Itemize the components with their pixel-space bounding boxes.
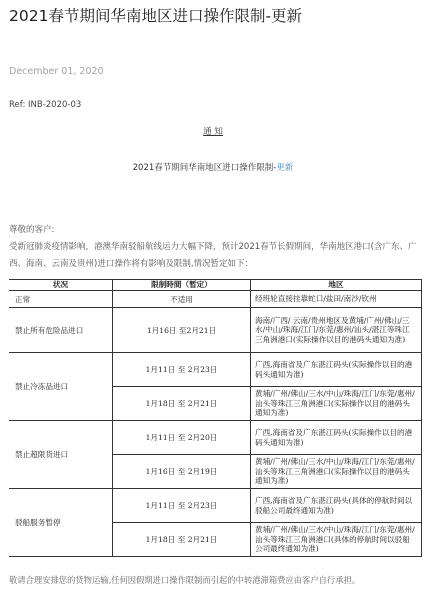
- publish-date: December 01, 2020: [9, 66, 104, 77]
- intro-paragraph: 受新冠肺炎疫情影响，港澳华南驳船航线运力大幅下降，预计2021春节长假期间，华南…: [9, 239, 419, 273]
- greeting: 尊敬的客户:: [9, 223, 54, 235]
- subtitle-main: 2021春节期间华南地区进口操作限制-: [133, 163, 277, 173]
- area-cell: 经班轮直接挂靠蛇口/盐田/南沙/钦州: [251, 291, 422, 308]
- period-cell: 1月16日 至2月21日: [113, 308, 251, 353]
- page-title: 2021春节期间华南地区进口操作限制-更新: [9, 4, 302, 26]
- area-cell: 广西,海南省及广东湛江码头(实际操作以目的港码头通知为准): [251, 421, 422, 455]
- area-cell: 黄埔/广州/佛山/三水/中山/珠海/江门/东莞/惠州/汕头等珠江三角洲港口(实际…: [251, 387, 422, 421]
- table-row: 驳船服务暂停 1月11日 至 2月23日 广西,海南省及广东湛江码头(具体的停航…: [9, 489, 422, 523]
- status-cell: 驳船服务暂停: [9, 489, 113, 557]
- period-cell: 1月18日 至 2月21日: [113, 387, 251, 421]
- table-row: 正常 不适用 经班轮直接挂靠蛇口/盐田/南沙/钦州: [9, 291, 422, 308]
- period-cell: 1月11日 至 2月20日: [113, 421, 251, 455]
- area-cell: 海南/广西/ 云南/贵州地区及黄埔/广州/佛山/三水/中山/珠海/江门/东莞/惠…: [251, 308, 422, 353]
- header-area: 地区: [251, 280, 422, 291]
- header-status: 状况: [9, 280, 113, 291]
- header-period: 限制時間（暂定）: [113, 280, 251, 291]
- area-cell: 黄埔/广州/佛山/三水/中山/珠海/江门/东莞/惠州/汕头等珠江三角洲港口(实际…: [251, 455, 422, 489]
- period-cell: 1月16日 至 2月19日: [113, 455, 251, 489]
- status-cell: 正常: [9, 291, 113, 308]
- table-row: 禁止冷冻品进口 1月11日 至 2月23日 广西,海南省及广东湛江码头(实际操作…: [9, 353, 422, 387]
- restrictions-table: 状况 限制時間（暂定） 地区 正常 不适用 经班轮直接挂靠蛇口/盐田/南沙/钦州…: [9, 279, 422, 557]
- period-cell: 1月11日 至 2月23日: [113, 353, 251, 387]
- notice-subtitle: 2021春节期间华南地区进口操作限制-更新: [0, 161, 426, 173]
- status-cell: 禁止冷冻品进口: [9, 353, 113, 421]
- period-cell: 1月18日 至 2月21日: [113, 523, 251, 557]
- area-cell: 广西,海南省及广东湛江码头(具体的停航时间以驳船公司最终通知为准): [251, 489, 422, 523]
- area-cell: 广西,海南省及广东湛江码头(实际操作以目的港码头通知为准): [251, 353, 422, 387]
- notice-heading: 通 知: [0, 125, 426, 137]
- table-row: 禁止所有危险品进口 1月16日 至2月21日 海南/广西/ 云南/贵州地区及黄埔…: [9, 308, 422, 353]
- closing-note: 敬请合理安排您的货物运输,任何因假期进口操作限制而引起的中转港滞箱费应由客户自行…: [9, 574, 360, 586]
- period-cell: 不适用: [113, 291, 251, 308]
- subtitle-update-link: 更新: [276, 163, 293, 173]
- reference-number: Ref: INB-2020-03: [9, 100, 81, 110]
- status-cell: 禁止超限货进口: [9, 421, 113, 489]
- area-cell: 黄埔/广州/佛山/三水/中山/珠海/江门/东莞/惠州/汕头等珠江三角洲港口(具体…: [251, 523, 422, 557]
- status-cell: 禁止所有危险品进口: [9, 308, 113, 353]
- period-cell: 1月11日 至 2月23日: [113, 489, 251, 523]
- table-row: 禁止超限货进口 1月11日 至 2月20日 广西,海南省及广东湛江码头(实际操作…: [9, 421, 422, 455]
- table-header-row: 状况 限制時間（暂定） 地区: [9, 280, 422, 291]
